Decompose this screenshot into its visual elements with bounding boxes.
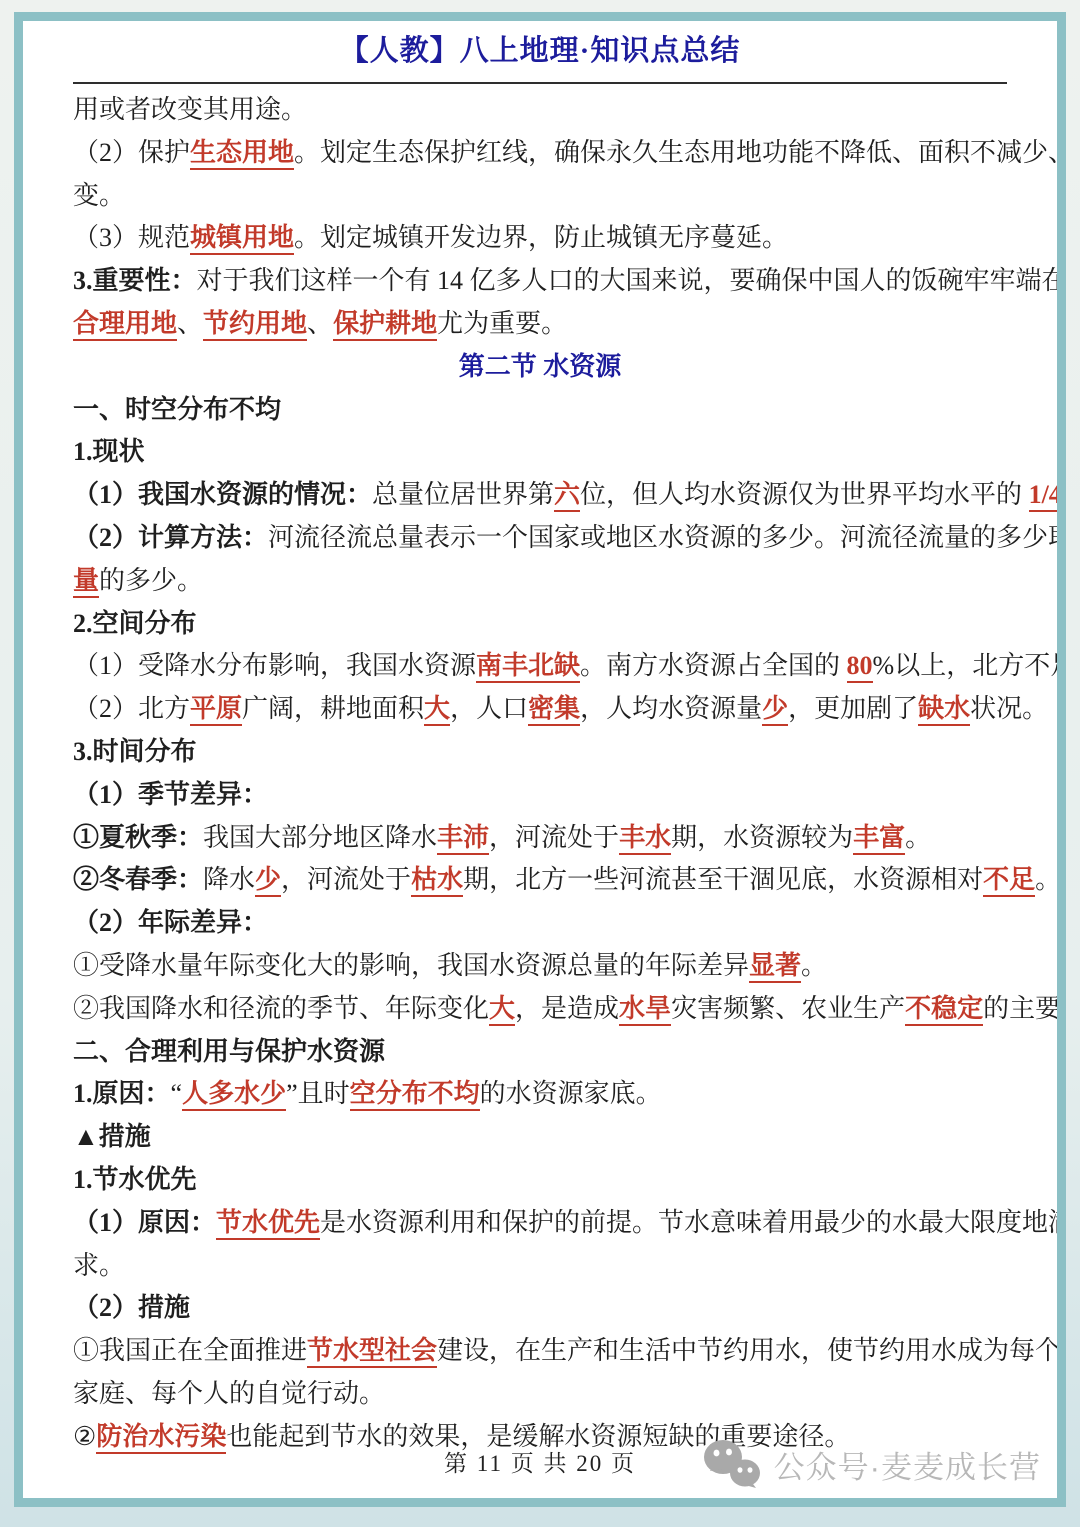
text-segment: 灾害频繁、农业生产 <box>671 994 905 1023</box>
text-segment: （2）保护 <box>73 138 190 167</box>
text-segment: 家庭、每个人的自觉行动。 <box>73 1379 385 1408</box>
highlighted-term: 密集 <box>528 694 580 726</box>
text-segment: ，人均水资源量 <box>580 694 762 723</box>
text-line: ▲措施 <box>73 1116 1007 1159</box>
text-segment: （3）规范 <box>73 223 190 252</box>
text-segment: ②我国降水和径流的季节、年际变化 <box>73 994 489 1023</box>
document-body: 用或者改变其用途。（2）保护生态用地。划定生态保护红线，确保永久生态用地功能不降… <box>73 89 1007 1459</box>
text-segment: 。 <box>801 951 827 980</box>
text-segment: 3.时间分布 <box>73 737 197 766</box>
highlighted-term: 缺水 <box>918 694 970 726</box>
watermark-label: 公众号·麦麦成长营 <box>774 1442 1041 1487</box>
text-segment: 期，水资源较为 <box>671 823 853 852</box>
text-segment: （2）计算方法： <box>73 523 268 552</box>
highlighted-term: 少 <box>255 865 281 897</box>
text-segment: 的水资源家底。 <box>480 1079 662 1108</box>
text-line: 合理用地、节约用地、保护耕地尤为重要。 <box>73 303 1007 346</box>
text-segment: 河流径流总量表示一个国家或地区水资源的多少。河流径流量的多少取决于 <box>268 523 1057 552</box>
text-segment: 。划定城镇开发边界，防止城镇无序蔓延。 <box>294 223 788 252</box>
text-line: 3.时间分布 <box>73 731 1007 774</box>
text-segment: ，更加剧了 <box>788 694 918 723</box>
text-segment: 尤为重要。 <box>437 309 567 338</box>
text-segment: “ <box>171 1079 183 1108</box>
highlighted-term: 节水型社会 <box>307 1336 437 1368</box>
text-segment: 的多少。 <box>99 566 203 595</box>
text-line: 变。 <box>73 175 1007 218</box>
text-segment: ①夏秋季： <box>73 823 203 852</box>
highlighted-term: 不足 <box>983 865 1035 897</box>
text-line: （2）措施 <box>73 1287 1007 1330</box>
text-line: ①受降水量年际变化大的影响，我国水资源总量的年际差异显著。 <box>73 945 1007 988</box>
text-segment: 一、时空分布不均 <box>73 395 281 424</box>
text-line: （3）规范城镇用地。划定城镇开发边界，防止城镇无序蔓延。 <box>73 217 1007 260</box>
text-line: 量的多少。 <box>73 560 1007 603</box>
text-line: 2.空间分布 <box>73 603 1007 646</box>
text-segment: ①受降水量年际变化大的影响，我国水资源总量的年际差异 <box>73 951 749 980</box>
text-segment: ▲措施 <box>73 1122 151 1151</box>
highlighted-term: 大 <box>424 694 450 726</box>
text-line: 求。 <box>73 1245 1007 1288</box>
text-segment: 降水 <box>203 865 255 894</box>
text-line: 家庭、每个人的自觉行动。 <box>73 1373 1007 1416</box>
wechat-icon <box>700 1436 764 1492</box>
text-line: （1）我国水资源的情况：总量位居世界第六位，但人均水资源仅为世界平均水平的 1/… <box>73 474 1007 517</box>
text-segment: 、 <box>177 309 203 338</box>
text-segment: 我国大部分地区降水 <box>203 823 437 852</box>
text-line: （2）北方平原广阔，耕地面积大，人口密集，人均水资源量少，更加剧了缺水状况。 <box>73 688 1007 731</box>
text-line: ②冬春季：降水少，河流处于枯水期，北方一些河流甚至干涸见底，水资源相对不足。 <box>73 859 1007 902</box>
text-segment: （1）我国水资源的情况： <box>73 480 372 509</box>
text-segment: 二、合理利用与保护水资源 <box>73 1037 385 1066</box>
text-segment: 求。 <box>73 1251 125 1280</box>
text-segment: （1）原因： <box>73 1208 216 1237</box>
highlighted-term: 80 <box>847 651 873 683</box>
text-segment: ，河流处于 <box>281 865 411 894</box>
text-segment: ②冬春季： <box>73 865 203 894</box>
highlighted-term: 城镇用地 <box>190 223 294 255</box>
text-segment: 期，北方一些河流甚至干涸见底，水资源相对 <box>463 865 983 894</box>
text-line: 用或者改变其用途。 <box>73 89 1007 132</box>
text-segment: 状况。 <box>970 694 1048 723</box>
section-heading: 第二节 水资源 <box>73 346 1007 389</box>
highlighted-term: 平原 <box>190 694 242 726</box>
highlighted-term: 人多水少 <box>182 1079 286 1111</box>
text-segment: 1.节水优先 <box>73 1165 197 1194</box>
text-segment: （2）措施 <box>73 1293 190 1322</box>
highlighted-term: 大 <box>489 994 515 1026</box>
text-segment: ，河流处于 <box>489 823 619 852</box>
text-line: （2）计算方法：河流径流总量表示一个国家或地区水资源的多少。河流径流量的多少取决… <box>73 517 1007 560</box>
text-segment: 位，但人均水资源仅为世界平均水平的 <box>580 480 1029 509</box>
highlighted-term: 节水优先 <box>216 1208 320 1240</box>
document-page: 【人教】八上地理·知识点总结 用或者改变其用途。（2）保护生态用地。划定生态保护… <box>14 12 1066 1507</box>
text-segment: （2）北方 <box>73 694 190 723</box>
text-line: （1）受降水分布影响，我国水资源南丰北缺。南方水资源占全国的 80%以上，北方不… <box>73 645 1007 688</box>
text-segment: 2.空间分布 <box>73 609 197 638</box>
text-segment: ①我国正在全面推进 <box>73 1336 307 1365</box>
highlighted-term: 显著 <box>749 951 801 983</box>
text-segment: 总量位居世界第 <box>372 480 554 509</box>
text-segment: 、 <box>307 309 333 338</box>
text-segment: 广阔，耕地面积 <box>242 694 424 723</box>
highlighted-term: 不稳定 <box>905 994 983 1026</box>
text-segment: 是水资源利用和保护的前提。节水意味着用最少的水最大限度地满足用水需 <box>320 1208 1057 1237</box>
highlighted-term: 水旱 <box>619 994 671 1026</box>
text-line: 二、合理利用与保护水资源 <box>73 1031 1007 1074</box>
text-line: （1）原因：节水优先是水资源利用和保护的前提。节水意味着用最少的水最大限度地满足… <box>73 1202 1007 1245</box>
highlighted-term: 六 <box>554 480 580 512</box>
text-line: （2）保护生态用地。划定生态保护红线，确保永久生态用地功能不降低、面积不减少、性… <box>73 132 1007 175</box>
text-line: 1.现状 <box>73 431 1007 474</box>
text-line: 一、时空分布不均 <box>73 389 1007 432</box>
highlighted-term: 保护耕地 <box>333 309 437 341</box>
highlighted-term: 空分布不均 <box>350 1079 480 1111</box>
text-line: ②我国降水和径流的季节、年际变化大，是造成水旱灾害频繁、农业生产不稳定的主要原因… <box>73 988 1007 1031</box>
text-line: ①夏秋季：我国大部分地区降水丰沛，河流处于丰水期，水资源较为丰富。 <box>73 817 1007 860</box>
text-line: 1.原因：“人多水少”且时空分布不均的水资源家底。 <box>73 1073 1007 1116</box>
text-segment: 变。 <box>73 181 125 210</box>
text-segment: 3.重要性： <box>73 266 197 295</box>
text-segment: 第二节 水资源 <box>459 352 622 381</box>
text-line: （1）季节差异： <box>73 774 1007 817</box>
text-segment: （2）年际差异： <box>73 908 268 937</box>
highlighted-term: 合理用地 <box>73 309 177 341</box>
text-segment: 。划定生态保护红线，确保永久生态用地功能不降低、面积不减少、性质不改 <box>294 138 1057 167</box>
highlighted-term: 量 <box>73 566 99 598</box>
highlighted-term: 1/4 <box>1029 480 1057 512</box>
text-segment: 对于我们这样一个有 14 亿多人口的大国来说，要确保中国人的饭碗牢牢端在自己手中… <box>197 266 1057 295</box>
highlighted-term: 南丰北缺 <box>476 651 580 683</box>
text-segment: 。南方水资源占全国的 <box>580 651 847 680</box>
highlighted-term: 枯水 <box>411 865 463 897</box>
highlighted-term: 丰沛 <box>437 823 489 855</box>
document-header-title: 【人教】八上地理·知识点总结 <box>73 31 1007 71</box>
text-segment: 1.现状 <box>73 437 145 466</box>
text-segment: （1）季节差异： <box>73 780 268 809</box>
text-segment: ，人口 <box>450 694 528 723</box>
text-segment: 1.原因： <box>73 1079 171 1108</box>
text-segment: 的主要原因。 <box>983 994 1057 1023</box>
text-segment: ，是造成 <box>515 994 619 1023</box>
text-segment: 建设，在生产和生活中节约用水，使节约用水成为每个单位、每个 <box>437 1336 1057 1365</box>
page-content: 【人教】八上地理·知识点总结 用或者改变其用途。（2）保护生态用地。划定生态保护… <box>23 21 1057 1498</box>
text-segment: %以上，北方不足 <box>873 651 1057 680</box>
highlighted-term: 丰富 <box>853 823 905 855</box>
text-line: 1.节水优先 <box>73 1159 1007 1202</box>
highlighted-term: 少 <box>762 694 788 726</box>
text-segment: （1）受降水分布影响，我国水资源 <box>73 651 476 680</box>
highlighted-term: 节约用地 <box>203 309 307 341</box>
highlighted-term: 生态用地 <box>190 138 294 170</box>
text-line: （2）年际差异： <box>73 902 1007 945</box>
watermark: 公众号·麦麦成长营 <box>700 1436 1041 1492</box>
text-segment: 。 <box>1035 865 1057 894</box>
highlighted-term: 丰水 <box>619 823 671 855</box>
text-segment: 。 <box>905 823 931 852</box>
text-line: 3.重要性：对于我们这样一个有 14 亿多人口的大国来说，要确保中国人的饭碗牢牢… <box>73 260 1007 303</box>
text-segment: 用或者改变其用途。 <box>73 95 307 124</box>
text-segment: ”且时 <box>286 1079 350 1108</box>
header-divider <box>73 82 1007 84</box>
text-line: ①我国正在全面推进节水型社会建设，在生产和生活中节约用水，使节约用水成为每个单位… <box>73 1330 1007 1373</box>
